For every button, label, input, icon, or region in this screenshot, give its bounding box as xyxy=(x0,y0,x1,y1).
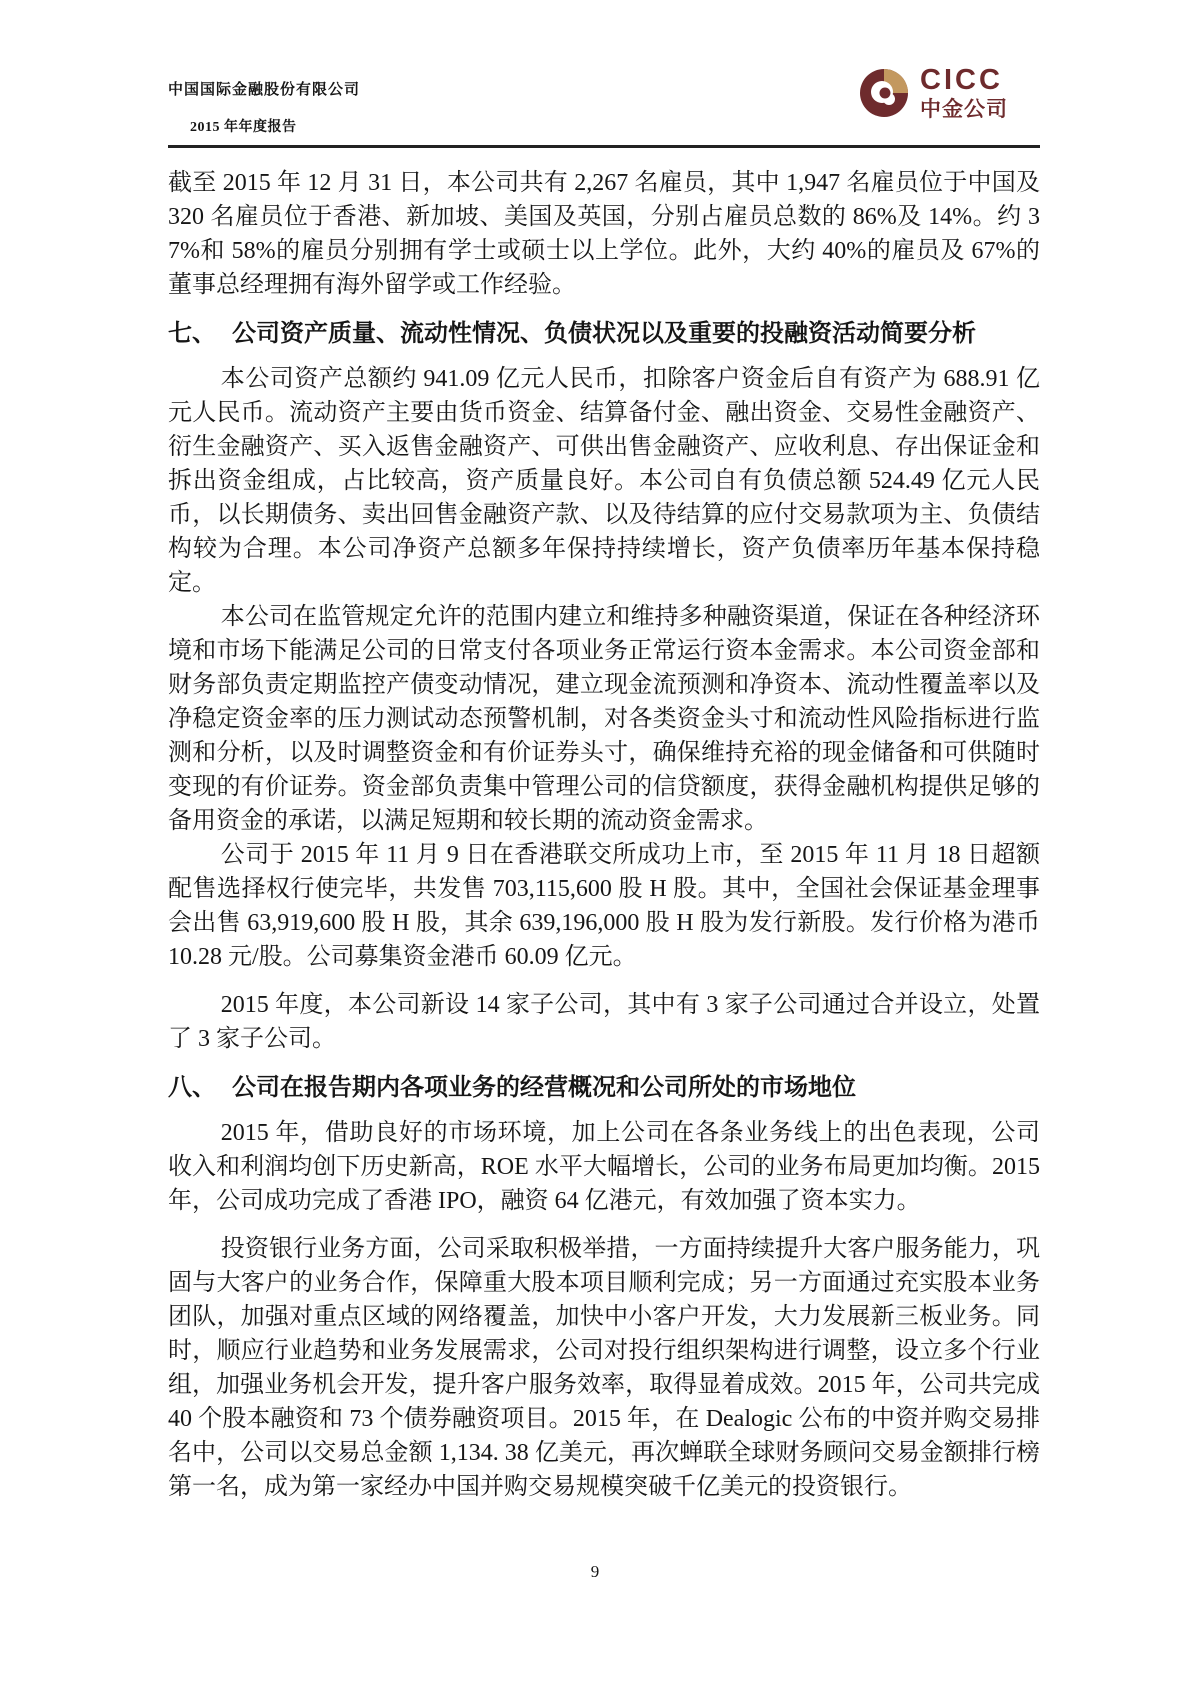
cicc-logo-text: CICC 中金公司 xyxy=(920,66,1008,120)
cicc-logo-chinese-name: 中金公司 xyxy=(920,99,1008,120)
section-7-title: 公司资产质量、流动性情况、负债状况以及重要的投融资活动简要分析 xyxy=(232,317,1040,351)
page-footer: 9 xyxy=(0,1562,1190,1582)
document-body: 截至 2015 年 12 月 31 日，本公司共有 2,267 名雇员，其中 1… xyxy=(168,166,1040,1504)
page-header: 中国国际金融股份有限公司 2015 年年度报告 CICC 中金公司 xyxy=(168,78,1040,148)
section-8-paragraph-2: 投资银行业务方面，公司采取积极举措，一方面持续提升大客户服务能力，巩固与大客户的… xyxy=(168,1232,1040,1504)
section-8-heading: 八、 公司在报告期内各项业务的经营概况和公司所处的市场地位 xyxy=(168,1071,1040,1105)
page-number: 9 xyxy=(591,1562,600,1581)
section-7-paragraph-3: 公司于 2015 年 11 月 9 日在香港联交所成功上市，至 2015 年 1… xyxy=(168,838,1040,974)
section-8-title: 公司在报告期内各项业务的经营概况和公司所处的市场地位 xyxy=(232,1071,1040,1105)
section-8-paragraph-1: 2015 年，借助良好的市场环境，加上公司在各条业务线上的出色表现，公司收入和利… xyxy=(168,1116,1040,1218)
intro-paragraph: 截至 2015 年 12 月 31 日，本公司共有 2,267 名雇员，其中 1… xyxy=(168,166,1040,302)
section-7-paragraph-1: 本公司资产总额约 941.09 亿元人民币，扣除客户资金后自有资产为 688.9… xyxy=(168,362,1040,600)
section-8-number: 八、 xyxy=(168,1071,216,1105)
section-7-heading: 七、 公司资产质量、流动性情况、负债状况以及重要的投融资活动简要分析 xyxy=(168,317,1040,351)
cicc-logo-acronym: CICC xyxy=(920,66,1008,95)
report-page: 中国国际金融股份有限公司 2015 年年度报告 CICC 中金公司 截至 201… xyxy=(0,0,1190,1684)
section-7-paragraph-2: 本公司在监管规定允许的范围内建立和维持多种融资渠道，保证在各种经济环境和市场下能… xyxy=(168,600,1040,838)
section-7-number: 七、 xyxy=(168,317,216,351)
header-divider xyxy=(168,145,1040,148)
cicc-logo: CICC 中金公司 xyxy=(859,66,1008,120)
section-7-paragraph-4: 2015 年度，本公司新设 14 家子公司，其中有 3 家子公司通过合并设立，处… xyxy=(168,988,1040,1056)
cicc-logo-icon xyxy=(859,68,909,118)
